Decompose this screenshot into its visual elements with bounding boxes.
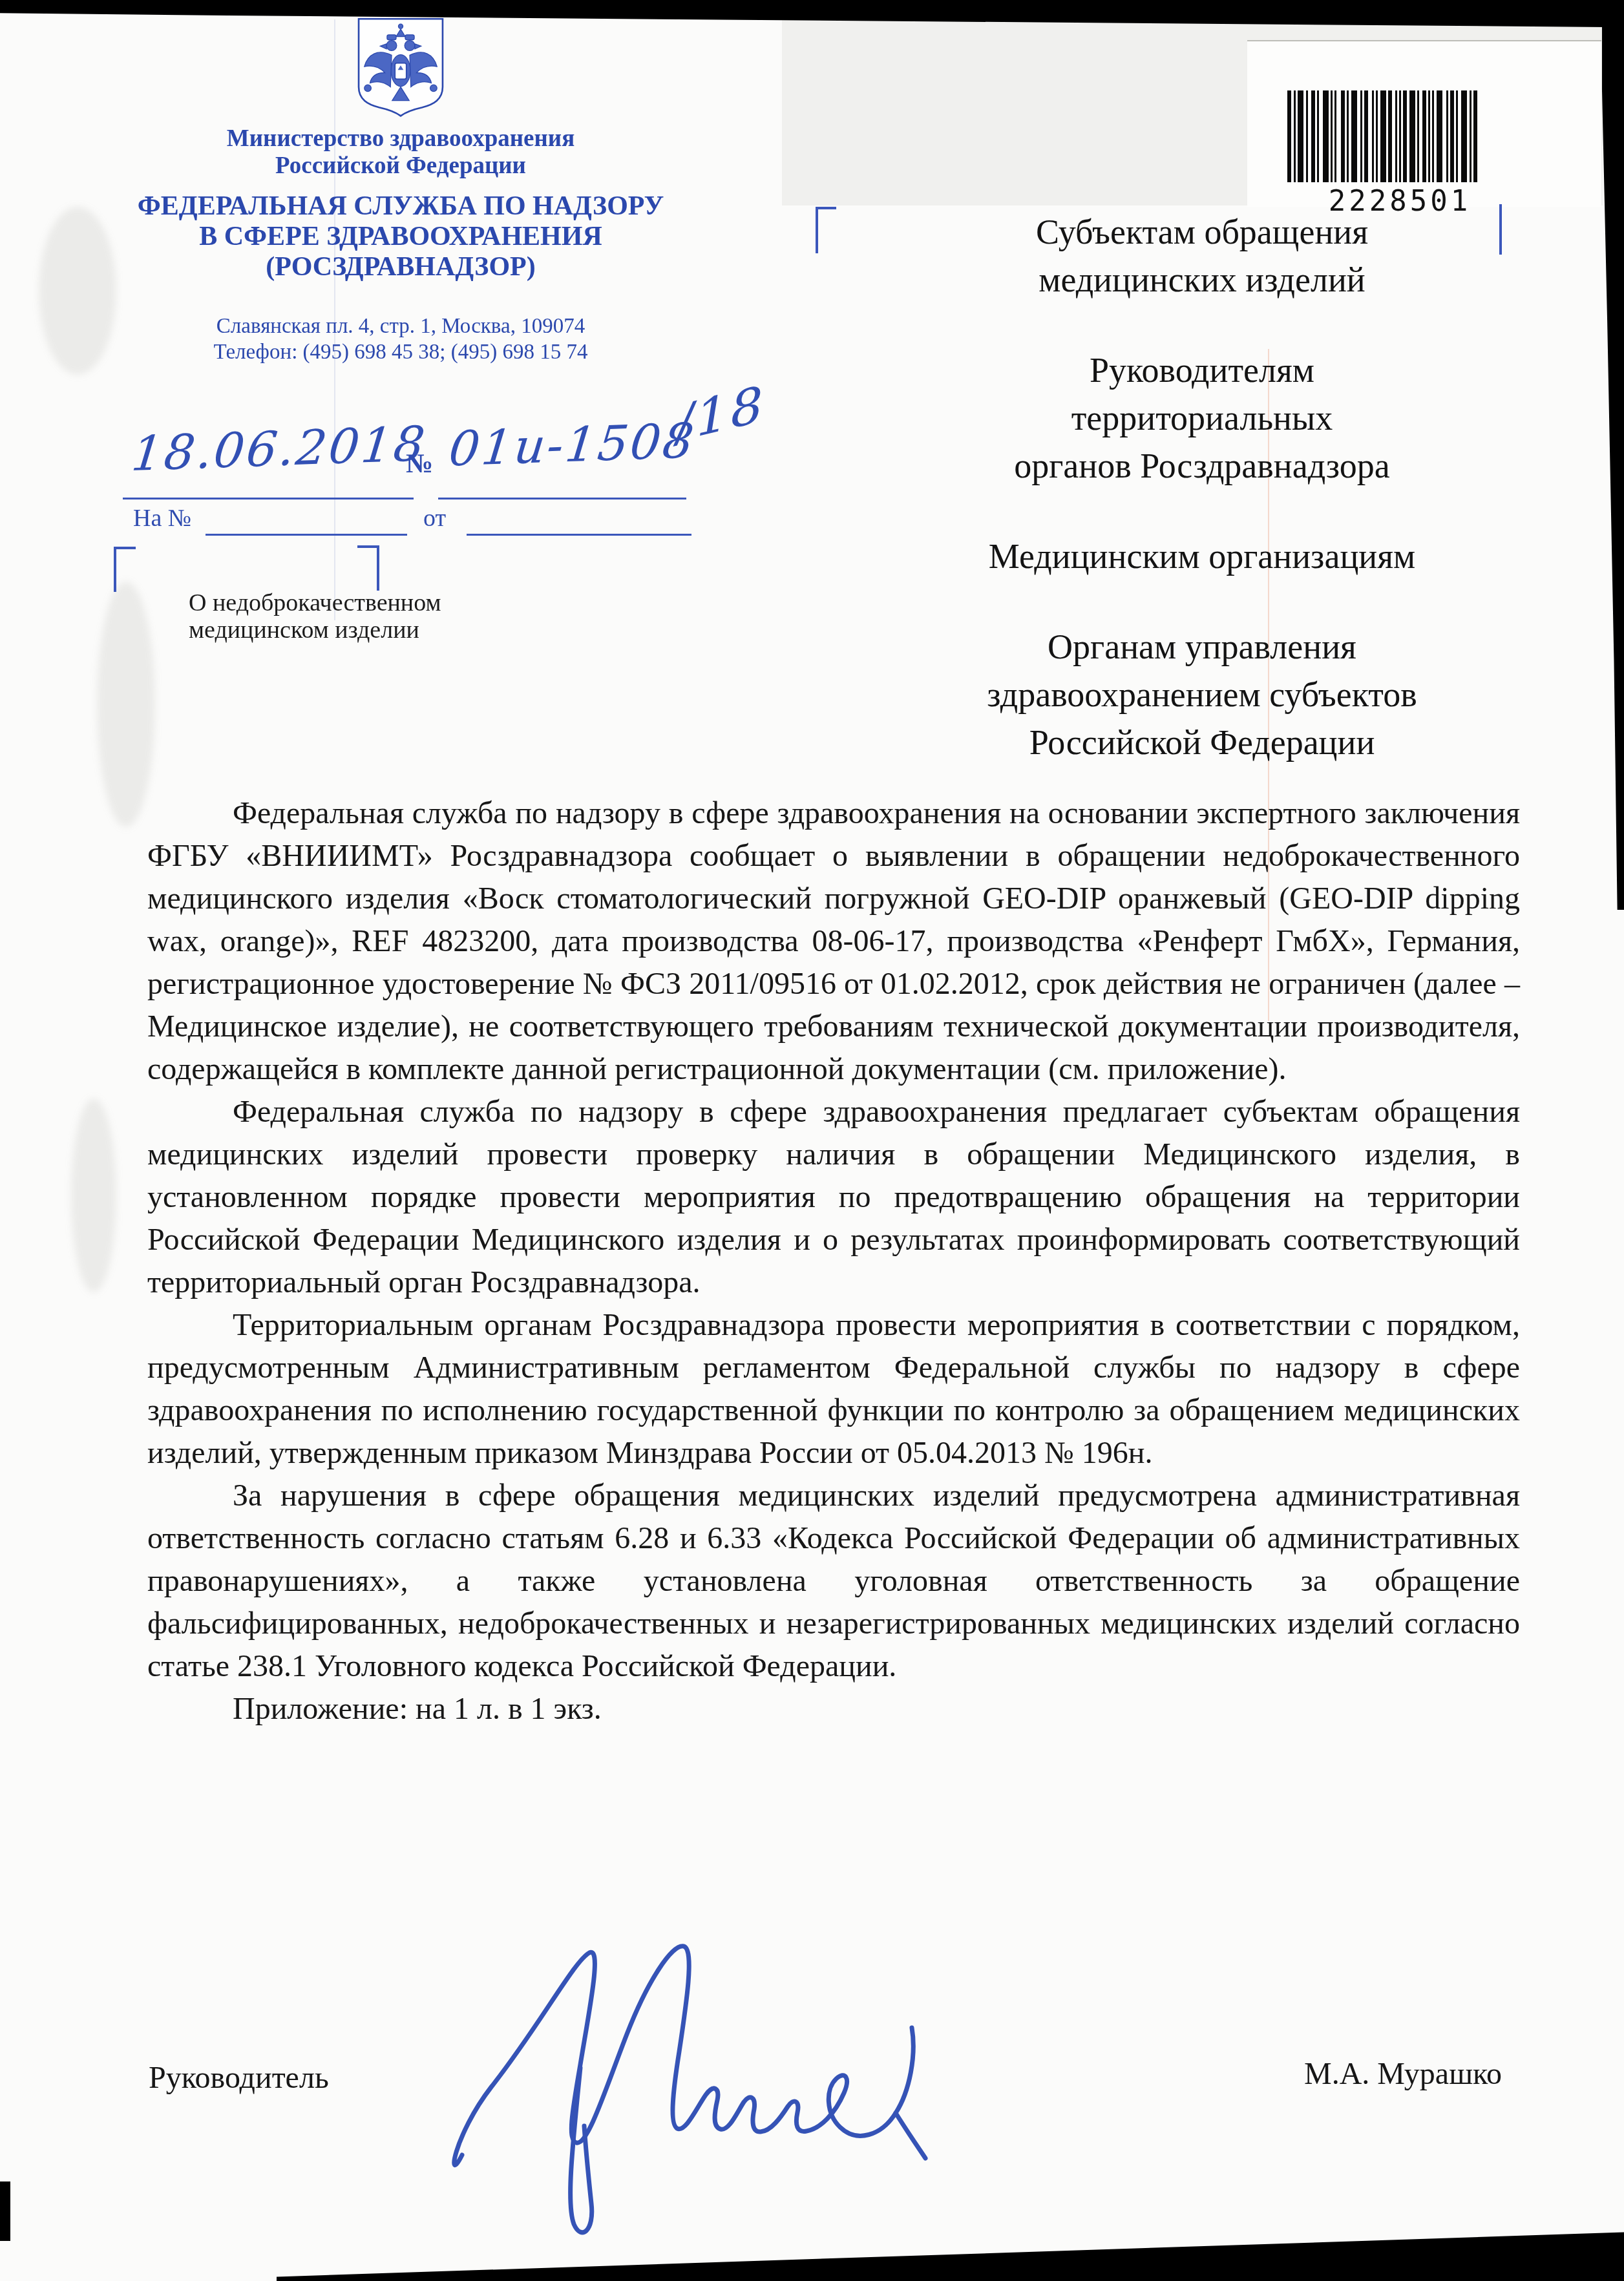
recipient-line: здравоохранением субъектов	[902, 671, 1503, 719]
recipient-line: медицинских изделий	[902, 256, 1503, 304]
recipients-list: Субъектам обращения медицинских изделий …	[902, 208, 1503, 809]
signature-stroke	[401, 1932, 969, 2242]
scanned-letter-page: Министерство здравоохранения Российской …	[0, 0, 1624, 2281]
outgoing-date-handwritten: 18.06.2018	[129, 416, 429, 482]
coat-of-arms-emblem	[348, 16, 453, 118]
scan-artifact-right-edge	[1600, 18, 1624, 910]
subject-line1: О недоброкачественном	[189, 589, 486, 616]
ministry-name-line2: Российской Федерации	[55, 152, 746, 180]
recipient-line: Российской Федерации	[902, 719, 1503, 766]
signer-title: Руководитель	[149, 2060, 329, 2096]
recipient-line: органов Росздравнадзора	[902, 442, 1503, 490]
reply-number-underline	[206, 534, 407, 536]
recipient-line: территориальных	[902, 394, 1503, 442]
agency-name-line1: ФЕДЕРАЛЬНАЯ СЛУЖБА ПО НАДЗОРУ	[55, 191, 746, 222]
body-paragraph: Федеральная служба по надзору в сфере зд…	[147, 792, 1520, 1091]
outgoing-number-handwritten: 01и-1508	[447, 413, 699, 477]
agency-address: Славянская пл. 4, стр. 1, Москва, 109074	[55, 313, 746, 339]
agency-phone: Телефон: (495) 698 45 38; (495) 698 15 7…	[55, 339, 746, 365]
agency-name-line3: (РОСЗДРАВНАДЗОР)	[55, 252, 746, 282]
number-sign: №	[406, 448, 433, 479]
agency-name-line2: В СФЕРЕ ЗДРАВООХРАНЕНИЯ	[55, 222, 746, 252]
recipient-group: Субъектам обращения медицинских изделий	[902, 208, 1503, 304]
recipient-line: Руководителям	[902, 346, 1503, 394]
attachment-note: Приложение: на 1 л. в 1 экз.	[147, 1688, 1520, 1730]
body-paragraph: Федеральная служба по надзору в сфере зд…	[147, 1091, 1520, 1304]
recipient-line: Медицинским организациям	[902, 532, 1503, 580]
recipient-group: Медицинским организациям	[902, 532, 1503, 580]
signer-name: М.А. Мурашко	[1304, 2056, 1502, 2092]
subject-line2: медицинском изделии	[189, 616, 486, 644]
reply-from-label: от	[423, 504, 446, 532]
ministry-name-line1: Министерство здравоохранения	[55, 125, 746, 152]
letter-body: Федеральная служба по надзору в сфере зд…	[147, 792, 1520, 1730]
reply-to-label: На №	[133, 504, 191, 532]
recipient-zone-bracket-left	[816, 207, 836, 253]
barcode-card: 2228501	[1247, 40, 1601, 207]
letterhead: Министерство здравоохранения Российской …	[55, 16, 746, 365]
scan-smudge	[97, 582, 155, 827]
recipient-group: Органам управления здравоохранением субъ…	[902, 623, 1503, 766]
barcode-icon	[1287, 90, 1480, 182]
number-underline	[438, 498, 686, 499]
date-underline	[123, 498, 414, 499]
address-zone-bracket-right	[357, 545, 379, 591]
address-zone-bracket-left	[114, 547, 136, 592]
scan-artifact-left-edge	[0, 2181, 10, 2241]
scan-smudge	[71, 1098, 116, 1292]
recipient-line: Субъектам обращения	[902, 208, 1503, 256]
outgoing-number-suffix-handwritten: /18	[675, 375, 766, 453]
body-paragraph: За нарушения в сфере обращения медицинск…	[147, 1475, 1520, 1688]
recipient-line: Органам управления	[902, 623, 1503, 671]
reply-date-underline	[467, 534, 691, 536]
body-paragraph: Территориальным органам Росздравнадзора …	[147, 1304, 1520, 1475]
subject-block: О недоброкачественном медицинском издели…	[189, 589, 486, 644]
recipient-group: Руководителям территориальных органов Ро…	[902, 346, 1503, 490]
